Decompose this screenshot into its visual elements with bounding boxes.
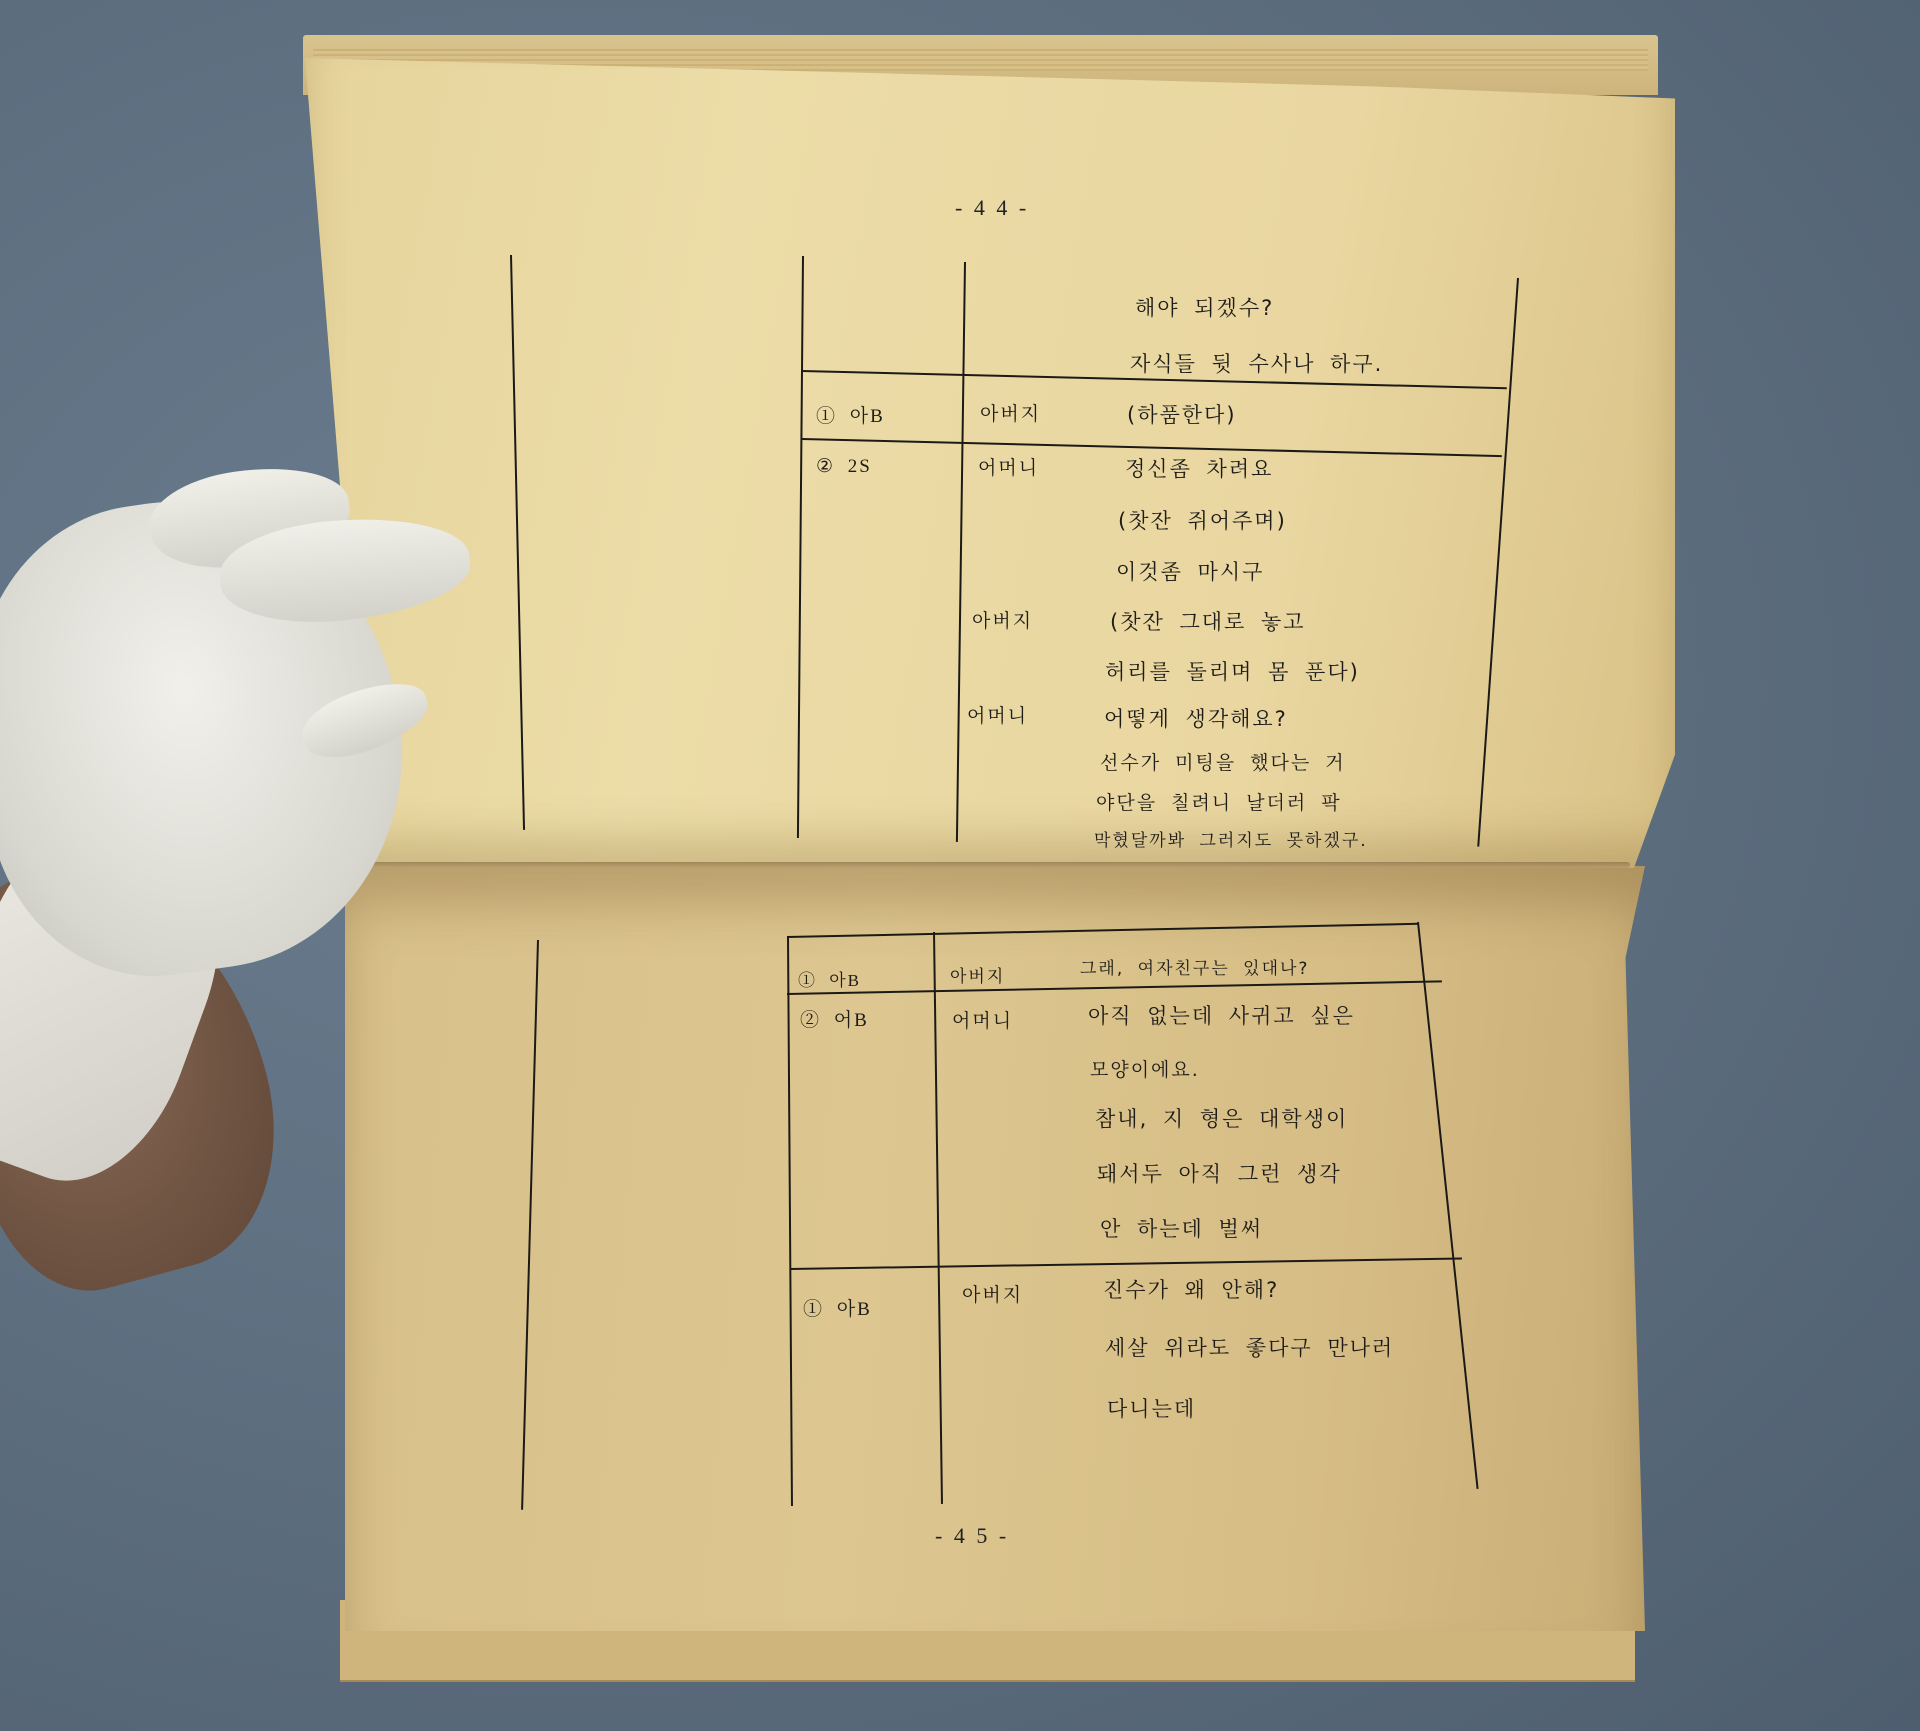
dialogue-line: (찻잔 쥐어주며): [1118, 505, 1287, 535]
dialogue-line: 참내, 지 형은 대학생이: [1095, 1103, 1348, 1133]
shot-cue: ① 아B: [798, 966, 861, 991]
dialogue-line: 아직 없는데 사귀고 싶은: [1088, 1000, 1355, 1030]
page-number-44: - 4 4 -: [955, 195, 1029, 221]
dialogue-line: 그래, 여자친구는 있대나?: [1080, 954, 1309, 979]
shot-cue: ① 아B: [816, 401, 885, 428]
dialogue-line: (하품한다): [1127, 399, 1237, 429]
dialogue-line: 야단을 칠려니 날더러 팍: [1096, 788, 1342, 815]
page-number-45: - 4 5 -: [935, 1523, 1009, 1549]
speaker-label: 어머니: [952, 1006, 1013, 1033]
dialogue-line: 막혔달까봐 그러지도 못하겠구.: [1094, 826, 1368, 851]
dialogue-line: 선수가 미팅을 했다는 거: [1100, 748, 1346, 775]
dialogue-line: 진수가 왜 안해?: [1103, 1274, 1279, 1304]
speaker-label: 아버지: [962, 1280, 1023, 1307]
dialogue-line: 정신좀 차려요: [1125, 453, 1273, 483]
speaker-label: 아버지: [950, 962, 1005, 987]
dialogue-line: 다니는데: [1107, 1393, 1196, 1423]
speaker-label: 아버지: [980, 399, 1041, 426]
dialogue-line: 어떻게 생각해요?: [1104, 703, 1288, 733]
dialogue-line: 해야 되겠수?: [1135, 292, 1274, 322]
speaker-label: 어머니: [978, 453, 1039, 480]
dialogue-line: (찻잔 그대로 놓고: [1110, 606, 1306, 636]
dialogue-line: 허리를 돌리며 몸 푼다): [1105, 656, 1360, 686]
shot-cue: ② 2S: [816, 455, 872, 478]
shot-cue: ② 어B: [800, 1005, 869, 1032]
speaker-label: 어머니: [967, 701, 1028, 728]
dialogue-line: 모양이에요.: [1090, 1055, 1200, 1082]
speaker-label: 아버지: [972, 606, 1033, 633]
page-fold: [370, 862, 1630, 868]
dialogue-line: 세살 위라도 좋다구 만나러: [1105, 1332, 1394, 1362]
dialogue-line: 돼서두 아직 그런 생각: [1097, 1158, 1342, 1188]
dialogue-line: 안 하는데 벌써: [1100, 1213, 1263, 1243]
dialogue-line: 이것좀 마시구: [1116, 556, 1264, 586]
shot-cue: ① 아B: [803, 1294, 872, 1321]
dialogue-line: 자식들 뒷 수사나 하구.: [1130, 348, 1383, 378]
